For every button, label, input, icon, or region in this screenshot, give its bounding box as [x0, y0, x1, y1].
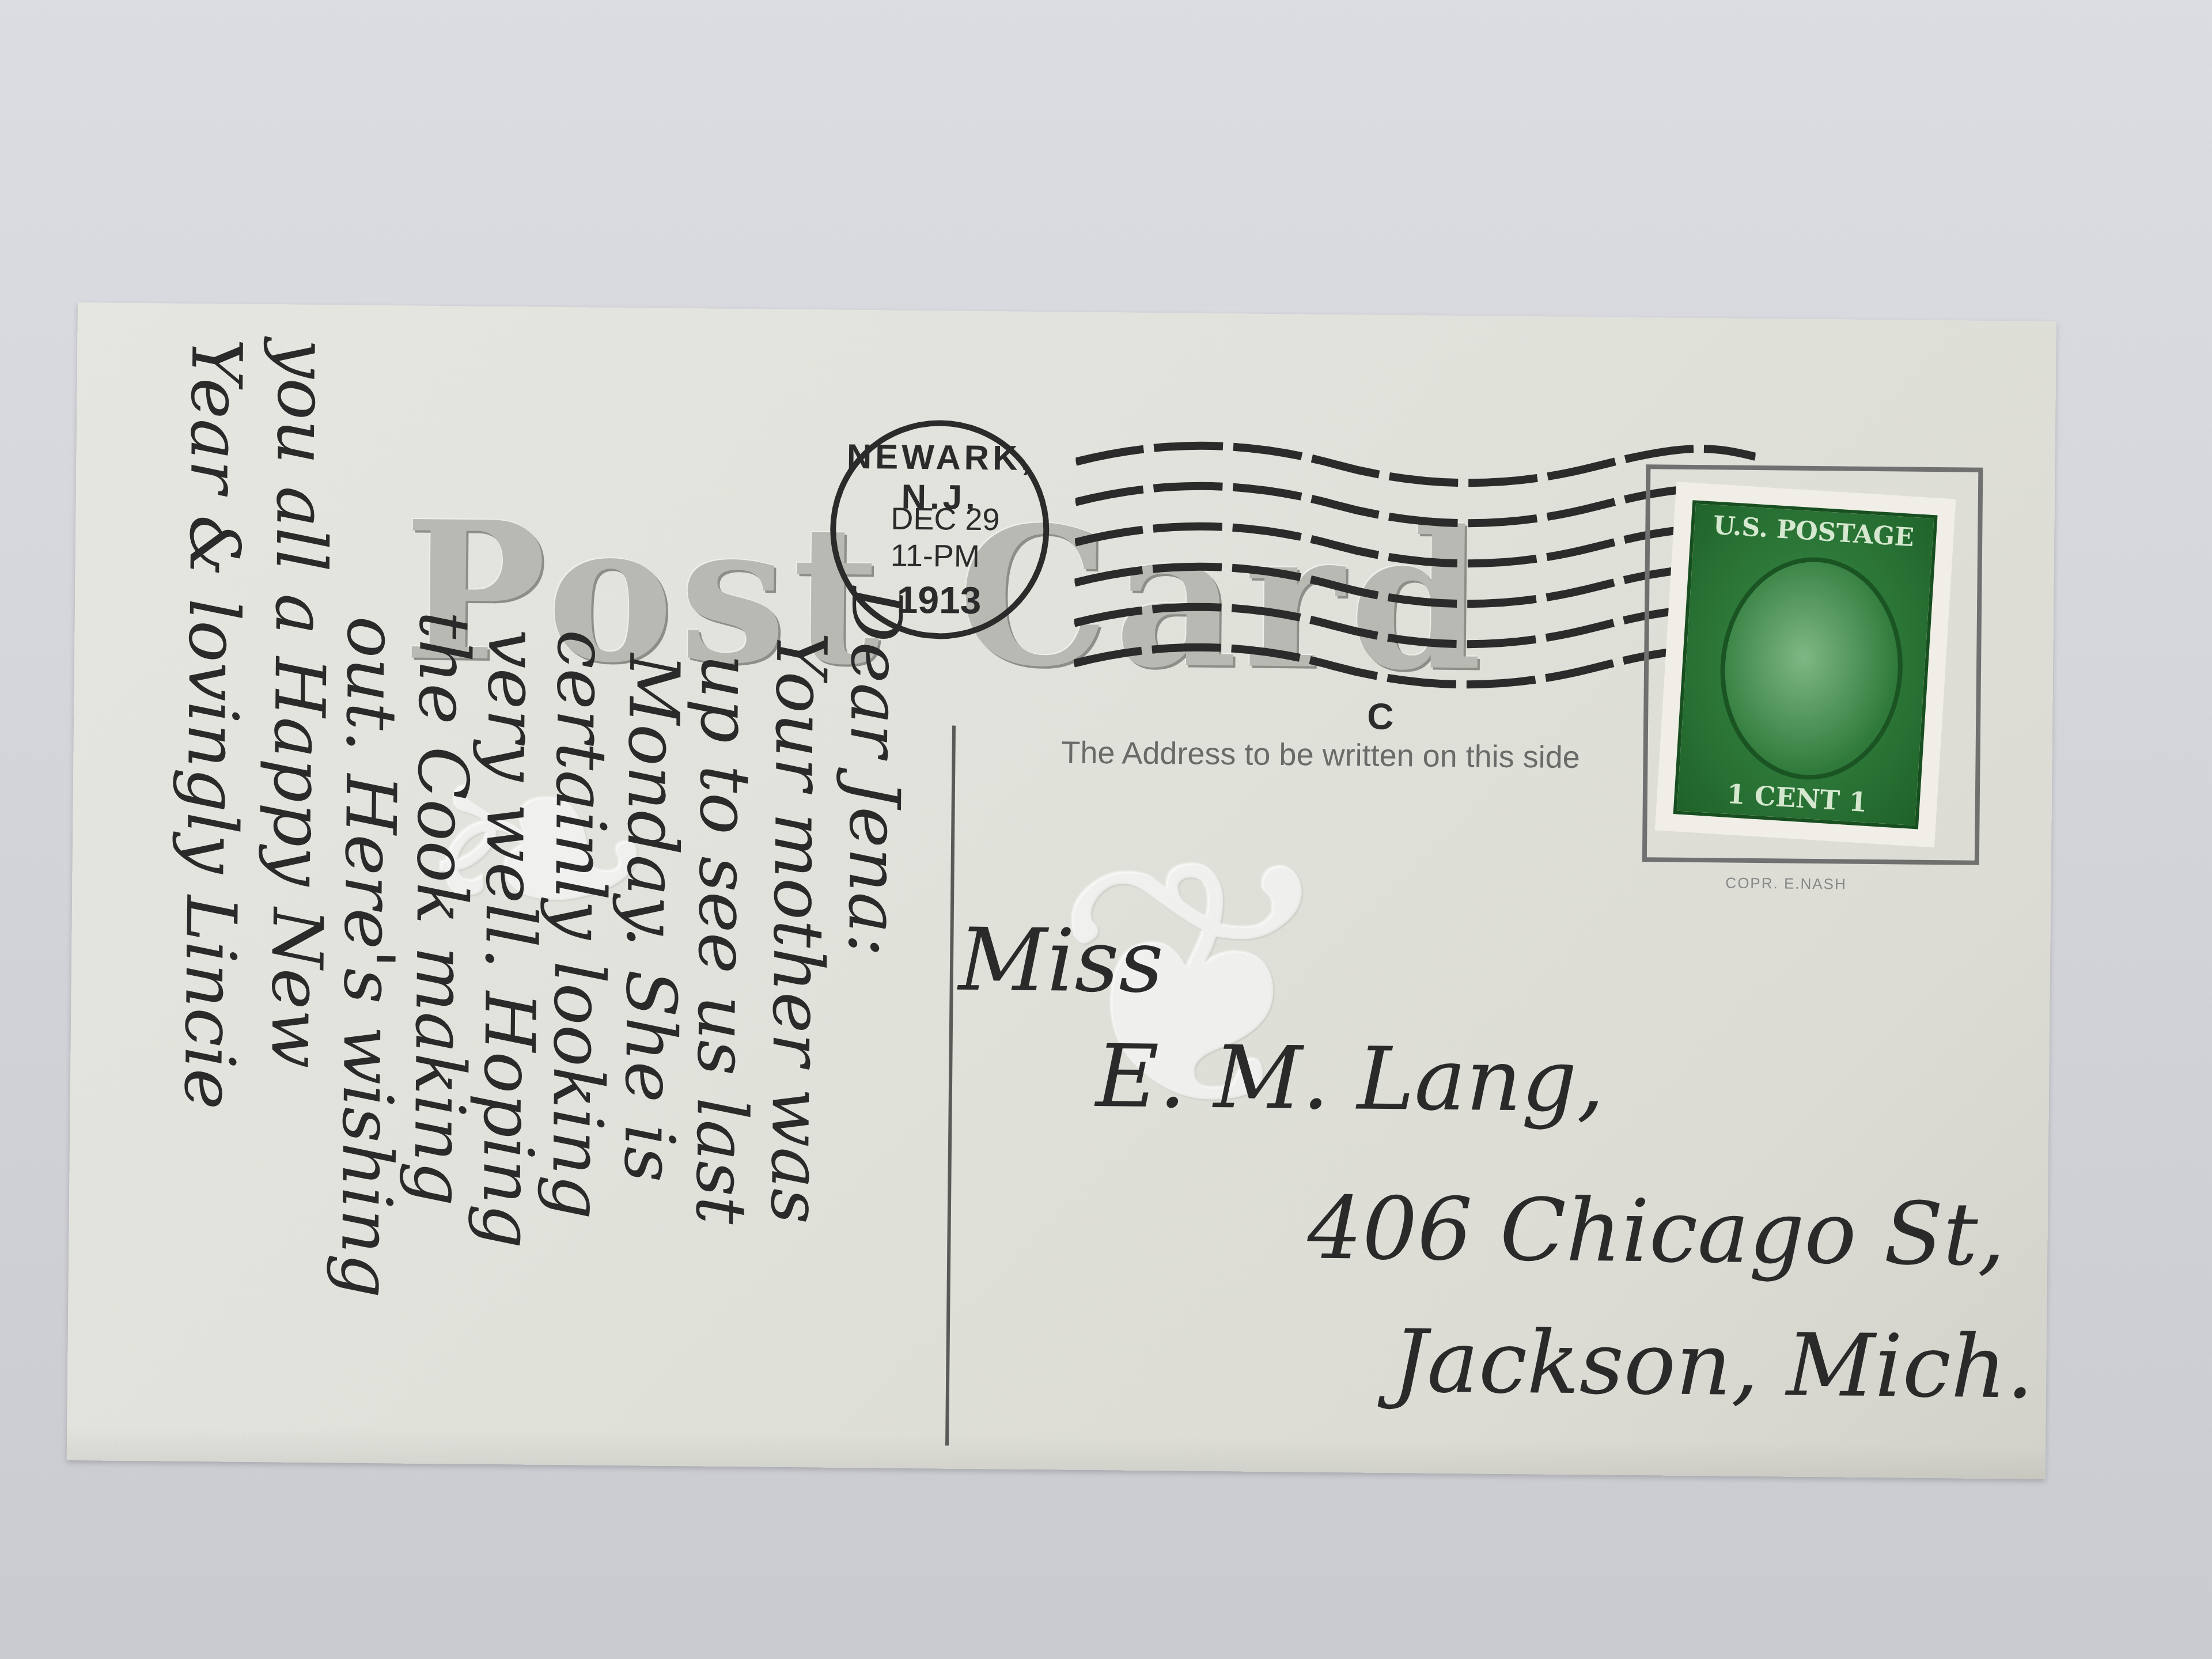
- cancel-letter: C: [1367, 695, 1394, 738]
- message-line: up to see us last: [685, 654, 760, 1224]
- center-divider-line: [945, 726, 956, 1446]
- message-line: the Cook making: [403, 611, 478, 1206]
- stamp-top-text: U.S. POSTAGE: [1694, 509, 1933, 554]
- stamp-value-text: 1 CENT 1: [1677, 775, 1917, 821]
- postmark-date: DEC 29 11-PM: [891, 501, 1000, 575]
- washington-portrait-icon: [1714, 552, 1909, 785]
- address-line-3: 406 Chicago St,: [1307, 1179, 2006, 1286]
- message-line: out. Here's wishing: [330, 616, 406, 1298]
- message-line: certainly looking: [541, 630, 616, 1220]
- copyright-text: COPR. E.NASH: [1725, 874, 1847, 893]
- message-line: you all a Happy New: [260, 339, 336, 1069]
- address-line-2: E. M. Lang,: [1095, 1027, 1605, 1131]
- address-line-1: Miss: [958, 910, 1164, 1012]
- message-line: very well. Hoping: [472, 629, 547, 1249]
- address-notice: The Address to be written on this side: [1047, 735, 1594, 775]
- postcard: ❦ ❧ Post Card C NEWARK, N.J. DEC 29 11-P…: [67, 302, 2056, 1479]
- message-line: Monday. She is: [613, 653, 688, 1183]
- message-line: Year & lovingly Lincie: [174, 338, 251, 1110]
- message-line: Your mother was: [760, 631, 835, 1224]
- postage-stamp: U.S. POSTAGE 1 CENT 1: [1660, 487, 1951, 843]
- message-line: Dear Jena:: [838, 586, 910, 957]
- address-line-4: Jackson, Mich.: [1392, 1312, 2035, 1418]
